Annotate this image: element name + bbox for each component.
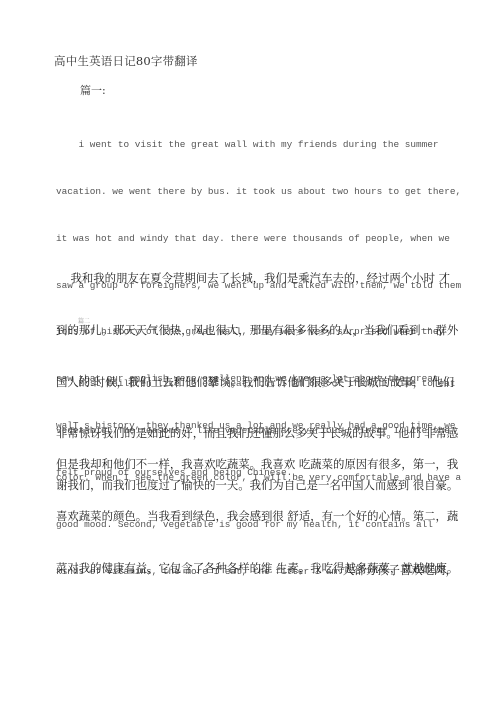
text-line: 菜对我的健康有益，它包含了各种各样的维 生素，我吃得越多蔬菜，就越健康。	[56, 560, 476, 577]
text-line: 但是我却和他们不一样，我喜欢吃蔬菜。我喜欢 吃蔬菜的原因有很多，第一，我	[56, 456, 476, 473]
text-line: 到的那儿。那天天气很热，风也很大，那里有很多很多的人，当我们看到一 群外	[56, 322, 476, 339]
document-title: 高中生英语日记80字带翻译	[54, 53, 198, 69]
section-2-heading: 篇二	[78, 316, 90, 325]
text-line: 喜欢蔬菜的颜色。当我看到绿色，我会感到很 舒适，有一个好的心情。第二，蔬	[56, 508, 476, 525]
text-line: i went to visit the great wall with my f…	[56, 137, 476, 153]
text-line: Most children like to eat meat, but I am…	[56, 376, 476, 392]
text-line: vacation. we went there by bus. it took …	[56, 184, 476, 200]
document-page: 高中生英语日记80字带翻译 篇一: i went to visit the gr…	[0, 0, 500, 707]
section-1-heading: 篇一:	[80, 82, 106, 98]
text-line: 我和我的朋友在夏令营期间去了长城，我们是乘汽车去的，经过两个小时 才	[56, 270, 476, 287]
section-2-chinese-translation: 但是我却和他们不一样，我喜欢吃蔬菜。我喜欢 吃蔬菜的原因有很多，第一，我 喜欢蔬…	[56, 422, 476, 611]
